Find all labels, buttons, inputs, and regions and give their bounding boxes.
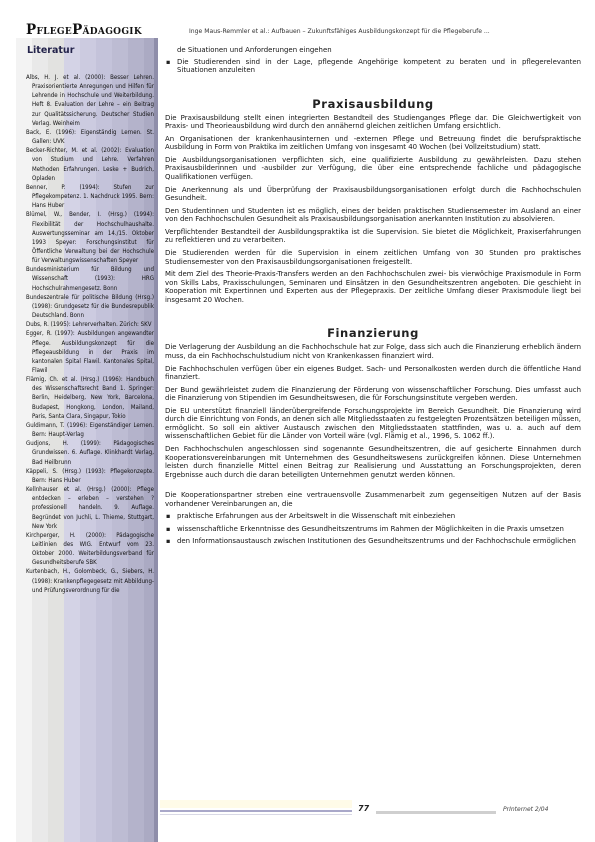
footer-rule-right bbox=[376, 811, 496, 814]
reference-item: Guldimann, T. (1996): Eigenständiger Ler… bbox=[26, 421, 154, 439]
sidebar-heading: Literatur bbox=[26, 44, 154, 58]
paragraph: Die Kooperationspartner streben eine ver… bbox=[165, 491, 581, 508]
paragraph: Die Verlagerung der Ausbildung an die Fa… bbox=[165, 343, 581, 360]
reference-item: Bundesministerium für Bildung und Wissen… bbox=[26, 265, 154, 292]
paragraph: Verpflichtender Bestandteil der Ausbildu… bbox=[165, 228, 581, 245]
bullet-item: den Informationsaustausch zwischen Insti… bbox=[165, 537, 581, 546]
cooperation-bullet-list: praktische Erfahrungen aus der Arbeitswe… bbox=[165, 512, 581, 546]
reference-item: Gudjons, H. (1999): Pädagogisches Grundw… bbox=[26, 439, 154, 466]
continued-bullet-text: de Situationen und Anforderungen eingehe… bbox=[165, 46, 581, 55]
paragraph: Den Fachhochschulen angeschlossen sind s… bbox=[165, 445, 581, 479]
bullet-item: wissenschaftliche Erkenntnisse des Gesun… bbox=[165, 525, 581, 534]
reference-item: Kirchperger, H. (2000): Pädagogische Lei… bbox=[26, 531, 154, 568]
page-number: 77 bbox=[358, 804, 369, 813]
reference-item: Back, E. (1996): Eigenständig Lernen. St… bbox=[26, 128, 154, 146]
footer-highlight-band bbox=[160, 800, 352, 808]
reference-item: Kurtenbach, H., Golombeck, G., Siebers, … bbox=[26, 567, 154, 594]
paragraph: Den Studentinnen und Studenten ist es mö… bbox=[165, 207, 581, 224]
reference-item: Blümel, W., Bender, I. (Hrsg.) (1994): F… bbox=[26, 210, 154, 265]
paragraph: Die Praxisausbildung stellt einen integr… bbox=[165, 114, 581, 131]
bullet-item: Die Studierenden sind in der Lage, pfleg… bbox=[165, 58, 581, 75]
reference-item: Bundeszentrale für politische Bildung (H… bbox=[26, 293, 154, 320]
paragraph: Die Ausbildungsorganisationen verpflicht… bbox=[165, 156, 581, 182]
intro-bullet-list: Die Studierenden sind in der Lage, pfleg… bbox=[165, 58, 581, 75]
reference-item: Egger, R. (1997): Ausbildungen angewandt… bbox=[26, 329, 154, 375]
paragraph: Der Bund gewährleistet zudem die Finanzi… bbox=[165, 386, 581, 403]
section-title-praxisausbildung: Praxisausbildung bbox=[165, 97, 581, 111]
reference-item: Dubs, R. (1995): Lehrerverhalten. Zürich… bbox=[26, 320, 154, 329]
footer-rule-left bbox=[160, 810, 352, 812]
reference-item: Käppeli, S. (Hrsg.) (1993): Pflegekonzep… bbox=[26, 467, 154, 485]
paragraph: Die Studierenden werden für die Supervis… bbox=[165, 249, 581, 266]
reference-item: Albs, H. J. et al. (2000): Besser Lehren… bbox=[26, 73, 154, 128]
reference-item: Becker-Richter, M. et al. (2002): Evalua… bbox=[26, 146, 154, 183]
paragraph: Die Fachhochschulen verfügen über ein ei… bbox=[165, 365, 581, 382]
paragraph: Mit dem Ziel des Theorie-Praxis-Transfer… bbox=[165, 270, 581, 304]
journal-issue: PrInternet 2/04 bbox=[503, 806, 548, 813]
paragraph: Die Anerkennung als und Überprüfung der … bbox=[165, 186, 581, 203]
paragraph: Die EU unterstützt finanziell länderüber… bbox=[165, 407, 581, 441]
reference-item: Kellnhauser et al. (Hrsg.) (2000): Pfleg… bbox=[26, 485, 154, 531]
running-head: Inge Maus-Remmler et al.: Aufbauen – Zuk… bbox=[189, 28, 584, 35]
main-content: de Situationen und Anforderungen eingehe… bbox=[165, 46, 581, 550]
reference-item: Benner, P. (1994): Stufen zur Pflegekomp… bbox=[26, 183, 154, 210]
spacer bbox=[165, 483, 581, 491]
bullet-item: praktische Erfahrungen aus der Arbeitswe… bbox=[165, 512, 581, 521]
footer-rule-left-secondary bbox=[160, 814, 352, 815]
reference-item: Flämig, Ch. et al. (Hrsg.) (1996): Handb… bbox=[26, 375, 154, 421]
reference-list: Albs, H. J. et al. (2000): Besser Lehren… bbox=[26, 73, 154, 595]
section-title-finanzierung: Finanzierung bbox=[165, 326, 581, 340]
journal-brand: PflegePädagogik bbox=[26, 22, 142, 38]
paragraph: An Organisationen der krankenhausinterne… bbox=[165, 135, 581, 152]
